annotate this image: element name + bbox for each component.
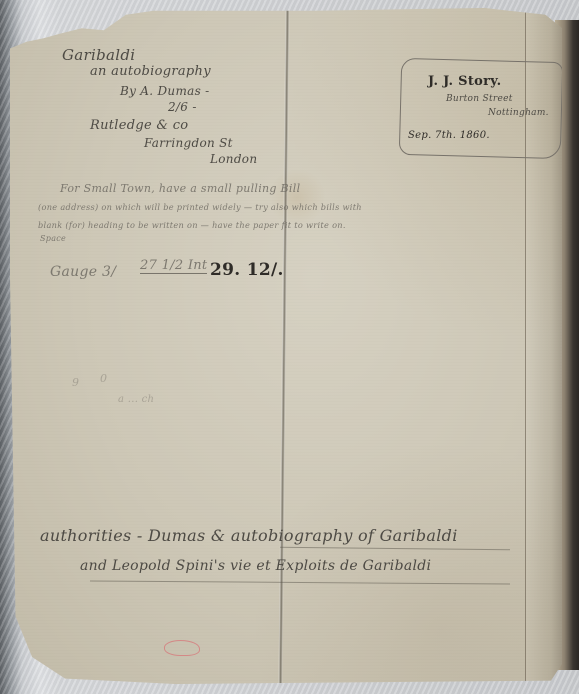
owner-name: J. J. Story. — [428, 74, 502, 89]
instruction-line-2: (one address) on which will be printed w… — [38, 202, 362, 212]
owner-date: Sep. 7th. 1860. — [408, 130, 490, 141]
authorities-underline-2 — [90, 581, 510, 585]
publisher-street: Farringdon St — [144, 136, 233, 150]
instruction-line-3: blank (for) heading to be written on — h… — [38, 220, 346, 230]
owner-street: Burton Street — [446, 94, 513, 104]
authorities-line-1: authorities - Dumas & autobiography of G… — [40, 526, 458, 545]
authorities-line-2: and Leopold Spini's vie et Exploits de G… — [80, 558, 431, 574]
faint-mark-2: 0 — [100, 372, 107, 385]
title-garibaldi: Garibaldi — [62, 46, 135, 64]
owner-town: Nottingham. — [488, 108, 549, 118]
author-line: By A. Dumas - — [120, 84, 210, 98]
manuscript-page: Garibaldi an autobiography By A. Dumas -… — [10, 8, 562, 684]
subtitle-autobiography: an autobiography — [90, 64, 211, 79]
gauge-bold-value: 29. 12/. — [210, 260, 284, 280]
price: 2/6 - — [168, 100, 197, 114]
publisher-city: London — [210, 152, 257, 166]
faint-mark-3: a ... ch — [118, 394, 154, 405]
instruction-line-4: Space — [40, 234, 66, 243]
instruction-line-1: For Small Town, have a small pulling Bil… — [60, 182, 300, 195]
publisher: Rutledge & co — [90, 118, 188, 133]
faint-mark-1: 9 — [72, 376, 79, 389]
gauge-value: 27 1/2 Int — [140, 258, 207, 274]
red-ink-stain — [164, 640, 200, 656]
gauge-label: Gauge 3/ — [50, 264, 116, 280]
authorities-underline-1 — [280, 547, 510, 550]
